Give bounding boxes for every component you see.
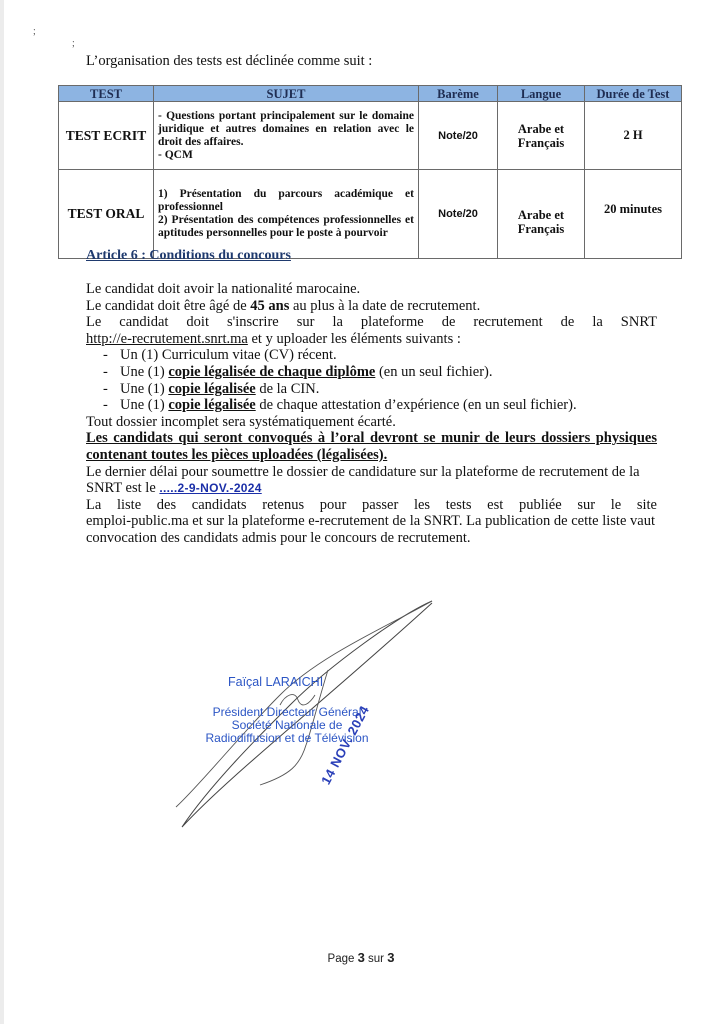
- list-publication: La liste des candidats retenus pour pass…: [86, 497, 657, 514]
- recruitment-link[interactable]: http://e-recrutement.snrt.ma: [86, 331, 248, 347]
- total-pages: 3: [387, 950, 394, 965]
- list-item: Un (1) Curriculum vitae (CV) récent.: [86, 347, 657, 364]
- test-duree: 20 minutes: [585, 170, 682, 259]
- table-header-row: TEST SUJET Barème Langue Durée de Test: [59, 86, 682, 102]
- subject-item: - QCM: [158, 149, 414, 162]
- oral-notice-cont: contenant toutes les pièces uploadées (l…: [86, 447, 657, 464]
- header-test: TEST: [59, 86, 154, 102]
- subject-item: - Questions portant principalement sur l…: [158, 110, 414, 149]
- intro-text: L’organisation des tests est déclinée co…: [86, 53, 372, 70]
- deadline-line: SNRT est le .....2-9-NOV.-2024: [86, 480, 657, 497]
- list-publication-cont: emploi-public.ma et sur la plateforme e-…: [86, 513, 657, 530]
- registration-link-line: http://e-recrutement.snrt.ma et y upload…: [86, 331, 657, 348]
- required-documents: Un (1) Curriculum vitae (CV) récent. Une…: [86, 347, 657, 413]
- oral-notice: Les candidats qui seront convoqués à l’o…: [86, 430, 657, 447]
- list-item: Une (1) copie légalisée de chaque diplôm…: [86, 364, 657, 381]
- incomplete-notice: Tout dossier incomplet sera systématique…: [86, 414, 657, 431]
- age-limit: 45 ans: [250, 298, 289, 314]
- test-subject: 1) Présentation du parcours académique e…: [154, 170, 419, 259]
- tests-table: TEST SUJET Barème Langue Durée de Test T…: [58, 85, 682, 259]
- test-bareme: Note/20: [419, 102, 498, 170]
- article-body: Le candidat doit avoir la nationalité ma…: [86, 281, 657, 547]
- nationality-condition: Le candidat doit avoir la nationalité ma…: [86, 281, 657, 298]
- list-item: Une (1) copie légalisée de chaque attest…: [86, 397, 657, 414]
- list-publication-cont: convocation des candidats admis pour le …: [86, 530, 657, 547]
- subject-item: 2) Présentation des compétences professi…: [158, 214, 414, 240]
- test-bareme: Note/20: [419, 170, 498, 259]
- header-sujet: SUJET: [154, 86, 419, 102]
- registration-text: Le candidat doit s'inscrire sur la plate…: [86, 314, 657, 331]
- test-duree: 2 H: [585, 102, 682, 170]
- test-name: TEST ORAL: [59, 170, 154, 259]
- header-langue: Langue: [498, 86, 585, 102]
- test-langue: Arabe et Français: [498, 170, 585, 259]
- test-langue: Arabe et Français: [498, 102, 585, 170]
- margin-mark: ;: [72, 38, 75, 49]
- test-subject: - Questions portant principalement sur l…: [154, 102, 419, 170]
- signature-block: Faïçal LARAICHI Président Directeur Géné…: [170, 595, 450, 835]
- table-row: TEST ORAL 1) Présentation du parcours ac…: [59, 170, 682, 259]
- test-name: TEST ECRIT: [59, 102, 154, 170]
- current-page: 3: [358, 950, 365, 965]
- age-condition: Le candidat doit être âgé de 45 ans au p…: [86, 298, 657, 315]
- deadline-text: Le dernier délai pour soumettre le dossi…: [86, 464, 657, 481]
- deadline-stamp: .....2-9-NOV.-2024: [159, 481, 261, 495]
- page-footer: Page 3 sur 3: [0, 950, 722, 965]
- signer-name: Faïçal LARAICHI: [228, 675, 323, 689]
- page-edge: [0, 0, 4, 1024]
- header-bareme: Barème: [419, 86, 498, 102]
- header-duree: Durée de Test: [585, 86, 682, 102]
- article-title: Article 6 : Conditions du concours: [86, 248, 291, 264]
- table-row: TEST ECRIT - Questions portant principal…: [59, 102, 682, 170]
- subject-item: 1) Présentation du parcours académique e…: [158, 188, 414, 214]
- list-item: Une (1) copie légalisée de la CIN.: [86, 381, 657, 398]
- margin-mark: ;: [33, 26, 36, 37]
